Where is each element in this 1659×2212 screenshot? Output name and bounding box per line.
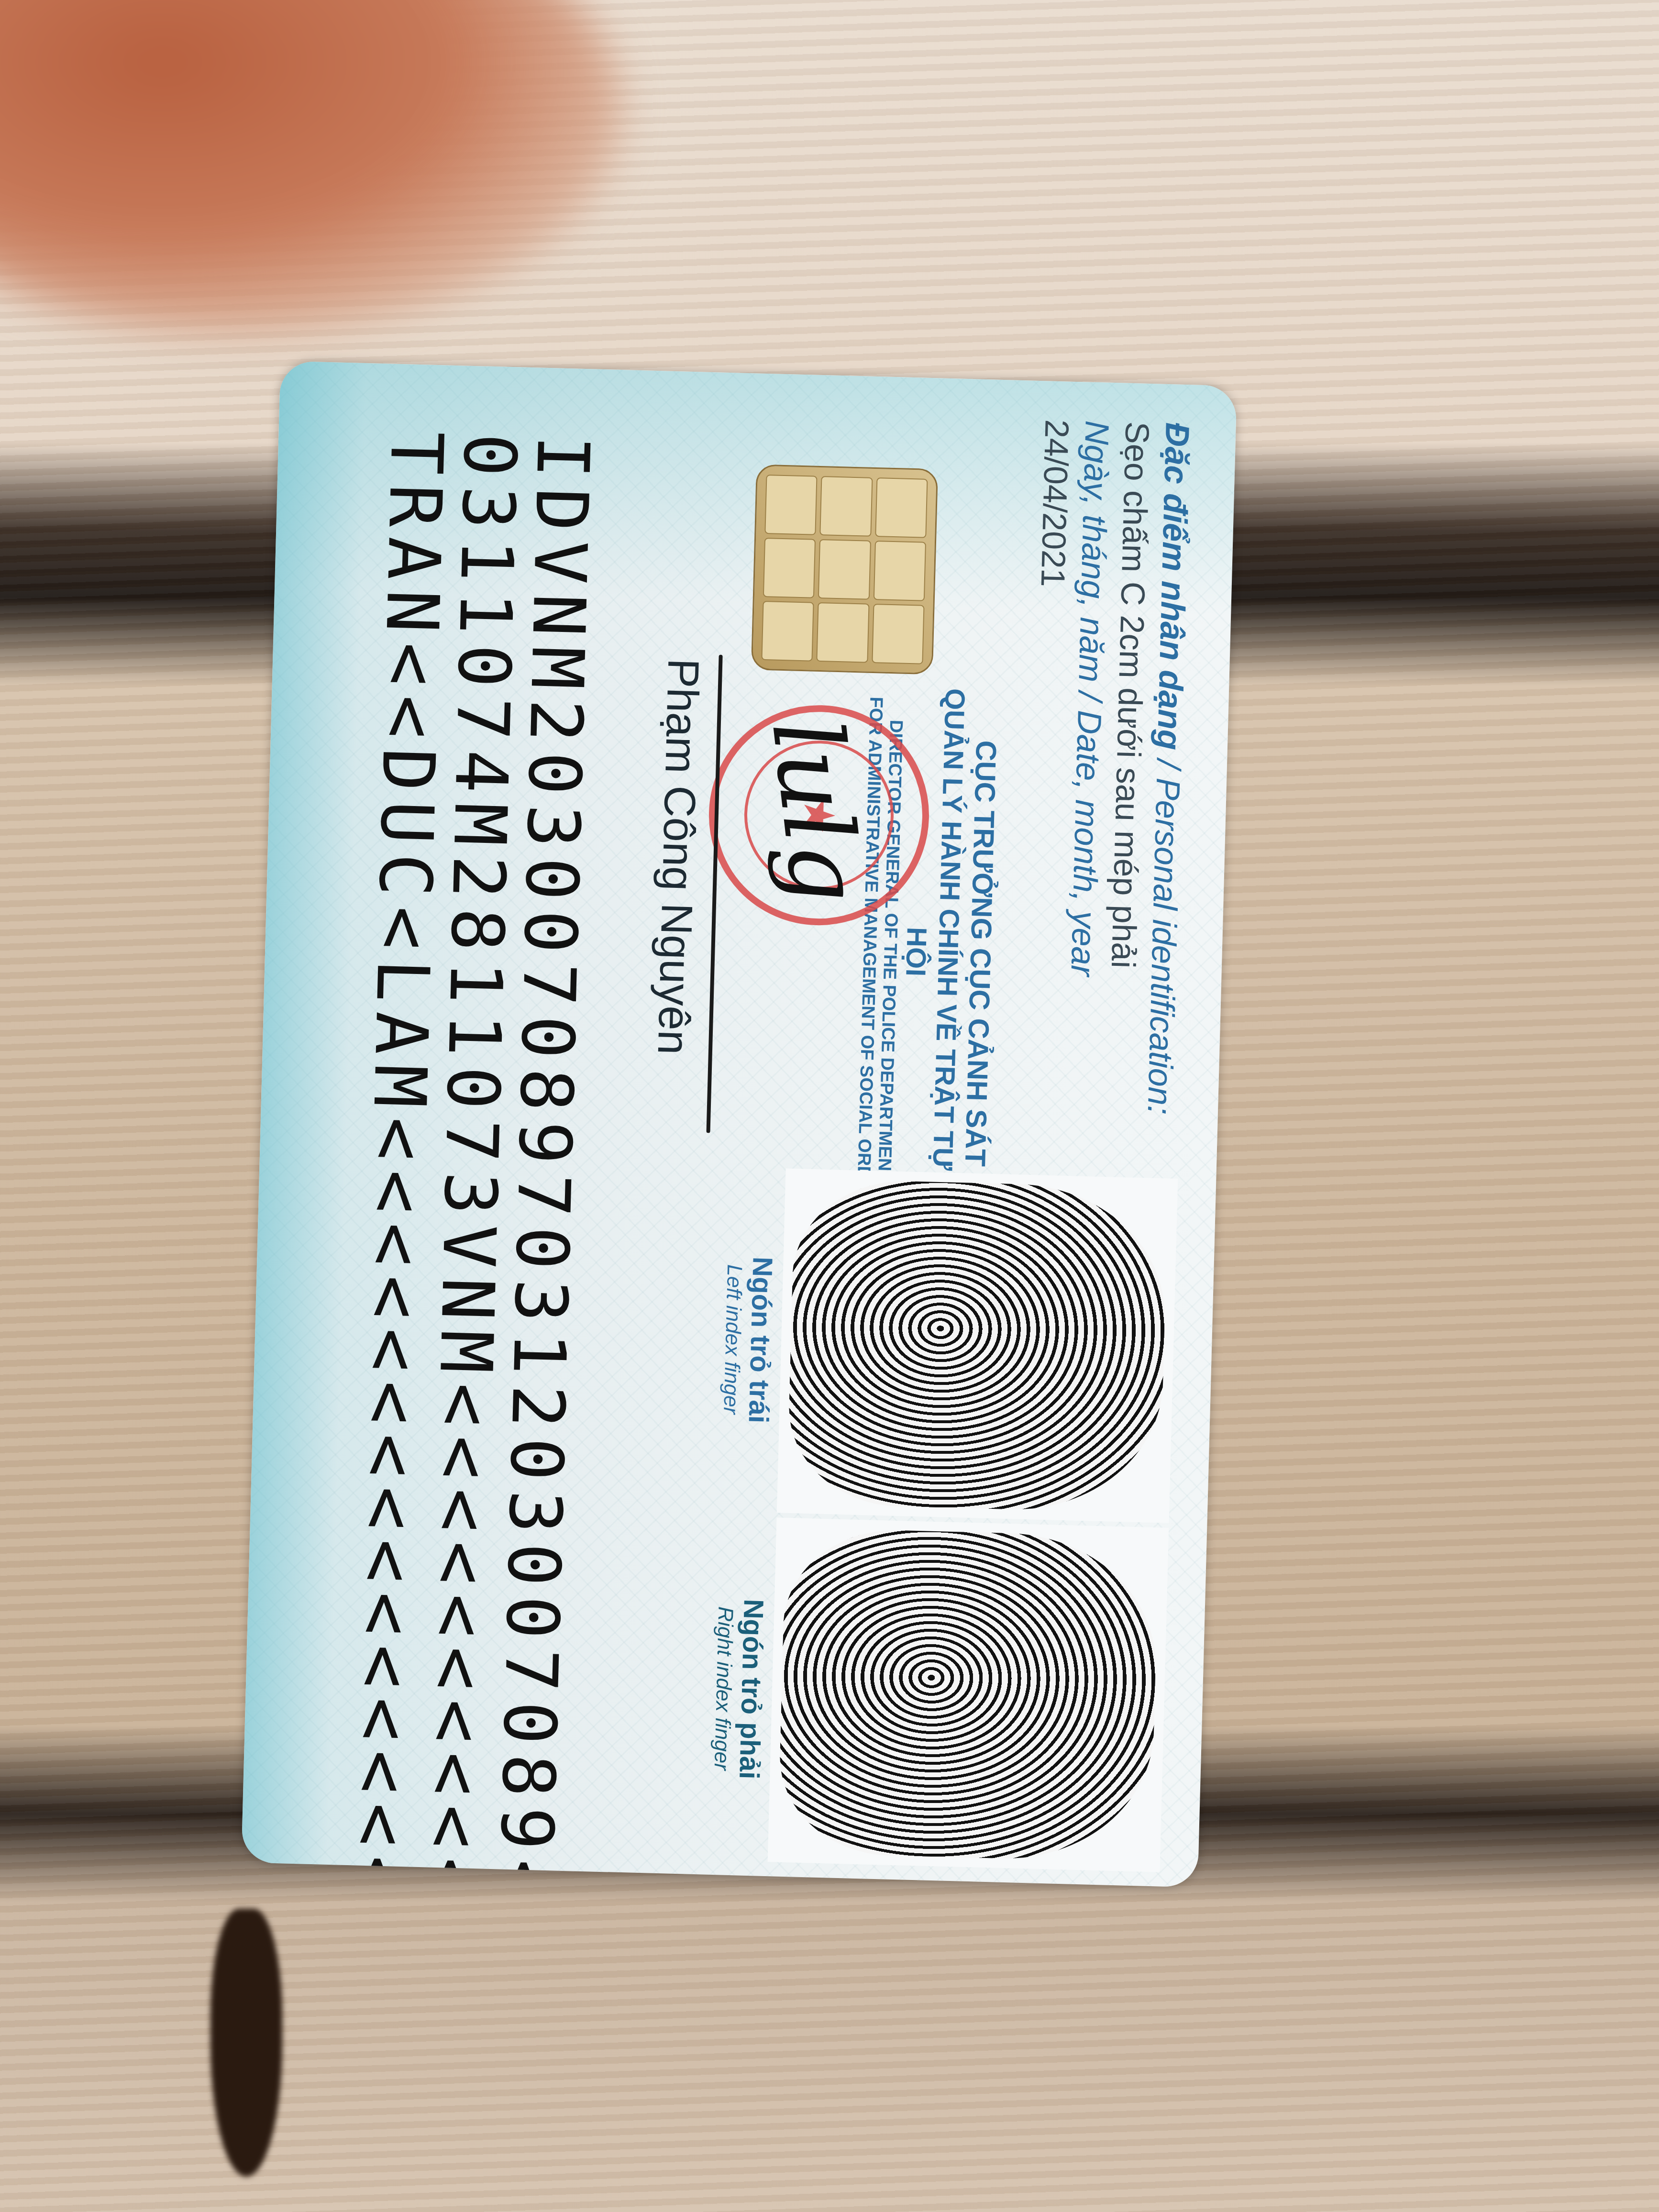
left-finger-label: Ngón trỏ trái Left index finger [716, 1167, 781, 1513]
right-index-fingerprint [768, 1517, 1169, 1872]
personal-id-label-vi: Đặc điểm nhân dạng [1150, 422, 1196, 750]
personal-id-label-en: Personal identification: [1141, 777, 1187, 1115]
issue-date-label-vi: Ngày, tháng, năm [1072, 420, 1116, 683]
smart-chip-icon [751, 464, 938, 675]
signer-name: Phạm Công Nguyên [648, 658, 708, 1055]
machine-readable-zone: IDVNM2030070897031203007089<<7 0311074M2… [338, 431, 599, 1888]
left-index-fingerprint [777, 1169, 1178, 1523]
right-finger-label: Ngón trỏ phải Right index finger [707, 1516, 772, 1862]
id-card-back: Đặc điểm nhân dạng / Personal identifica… [241, 361, 1237, 1887]
signature-line [706, 655, 722, 1133]
personal-identification-block: Đặc điểm nhân dạng / Personal identifica… [1018, 419, 1198, 1140]
wood-knot [210, 1909, 282, 2177]
issue-date-label-en: Date, month, year [1064, 710, 1108, 977]
issue-date-value: 24/04/2021 [1034, 419, 1076, 587]
signature: lulg [750, 714, 882, 909]
